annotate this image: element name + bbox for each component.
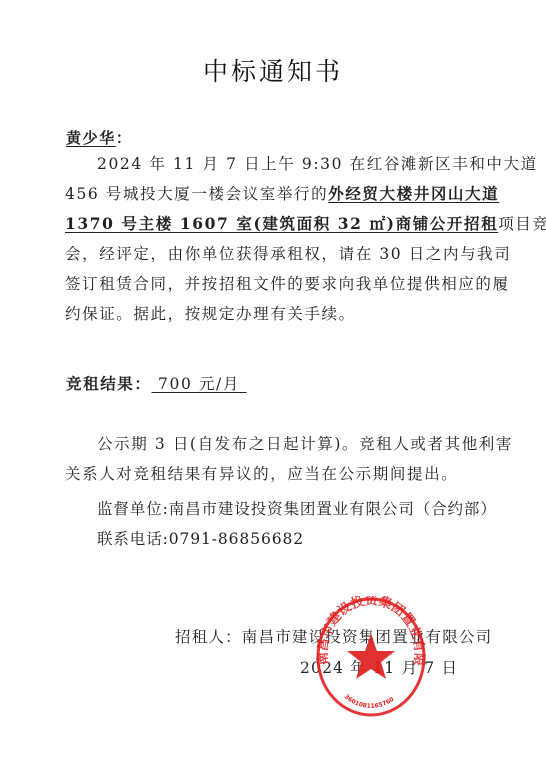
para1-line3: 1370 号主楼 1607 室(建筑面积 32 ㎡)商铺公开招租项目竞租 xyxy=(65,212,546,234)
addressee: 黄少华： xyxy=(66,127,132,148)
contact-phone: 联系电话:0791-86856682 xyxy=(97,527,304,549)
para1-line1: 2024 年 11 月 7 日上午 9:30 在红谷滩新区丰和中大道 xyxy=(97,152,538,174)
issue-date: 2024 年 11 月 7 日 xyxy=(300,656,458,678)
bid-result-label: 竞租结果： xyxy=(66,374,152,393)
property-detail: 1370 号主楼 1607 室(建筑面积 32 ㎡)商铺公开招租 xyxy=(65,214,498,233)
para2-line2: 关系人对竞租结果有异议的，应当在公示期间提出。 xyxy=(65,462,458,484)
para1-line6: 约保证。据此，按规定办理有关手续。 xyxy=(65,302,356,324)
bid-result-value: 700 元/月 xyxy=(152,375,247,393)
addressee-name: 黄少华 xyxy=(66,129,116,147)
document-title: 中标通知书 xyxy=(0,52,546,88)
para2-line1: 公示期 3 日(自发布之日起计算)。竞租人或者其他利害 xyxy=(97,432,513,454)
supervisor-unit: 监督单位:南昌市建设投资集团置业有限公司（合约部） xyxy=(97,497,497,519)
para1-line4: 会，经评定，由你单位获得承租权，请在 30 日之内与我司 xyxy=(65,242,511,264)
lessor-name: 招租人：南昌市建设投资集团置业有限公司 xyxy=(175,625,492,647)
svg-text:3601081165760: 3601081165760 xyxy=(343,693,396,710)
property-name: 外经贸大楼井冈山大道 xyxy=(328,184,499,203)
para1-line5: 签订租赁合同，并按招租文件的要求向我单位提供相应的履 xyxy=(65,272,510,294)
venue-text: 456 号城投大厦一楼会议室举行的 xyxy=(65,185,328,203)
bid-result: 竞租结果： 700 元/月 xyxy=(66,372,247,394)
project-label: 项目竞租 xyxy=(498,215,546,233)
para1-line2: 456 号城投大厦一楼会议室举行的外经贸大楼井冈山大道 xyxy=(65,182,499,204)
addressee-colon: ： xyxy=(116,129,133,147)
